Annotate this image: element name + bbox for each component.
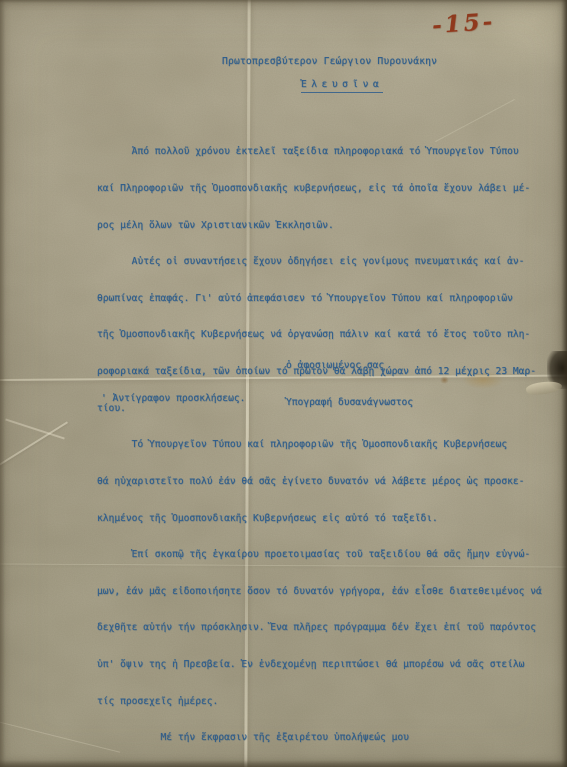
body-line: Ἐπί σκοπῷ τῆς ἐγκαίρου προετοιμασίας τοῦ… <box>97 549 543 561</box>
body-line: θρωπίνας ἐπαφάς. Γι' αὐτό ἀπεφάσισεν τό … <box>97 293 543 305</box>
scan-edge-top <box>0 0 567 3</box>
footer-note: ' Ἀντίγραφον προσκλήσεως. <box>101 393 245 405</box>
body-line: τίς προσεχεῖς ἡμέρες. <box>97 696 543 708</box>
body-line: Ἀπό πολλοῦ χρόνου ἐκτελεῖ ταξείδια πληρο… <box>97 146 543 158</box>
corner-crease <box>0 421 68 468</box>
scanned-letter-page: -15- Πρωτοπρεσβύτερον Γεώργιον Πυρουνάκη… <box>0 0 567 767</box>
body-line: μων, ἐάν μᾶς εἰδοποιήσητε ὅσον τό δυνατό… <box>97 586 543 598</box>
letter-recipient: Πρωτοπρεσβύτερον Γεώργιον Πυρουνάκην <box>222 56 437 68</box>
body-line: Τό Ὑπουργεῖον Τύπου καί πληροφοριῶν τῆς … <box>97 439 543 451</box>
edge-tear-notch <box>547 351 567 389</box>
scan-edge-left <box>0 0 5 767</box>
handwritten-page-number: -15- <box>431 8 496 39</box>
signature-closing: ὁ ἀφοσιωμένος σας <box>286 360 413 372</box>
signature-block: ὁ ἀφοσιωμένος σας Ὑπογραφή δυσανάγνωστος <box>286 336 413 434</box>
body-line: Αὐτές οἱ συναντήσεις ἔχουν ὁδηγήσει εἰς … <box>97 256 543 268</box>
letter-place: Ἐλευσῖνα <box>301 79 383 93</box>
letter-body: Ἀπό πολλοῦ χρόνου ἐκτελεῖ ταξείδια πληρο… <box>97 122 543 767</box>
body-line: κλημένος τῆς Ὁμοσπονδιακῆς Κυβερνήσεως ε… <box>97 513 543 525</box>
body-line: ρος μέλη ὅλων τῶν Χριστιανικῶν Ἐκκλησιῶν… <box>97 220 543 232</box>
signature-note: Ὑπογραφή δυσανάγνωστος <box>286 397 413 409</box>
body-line: Μέ τήν ἔκφρασιν τῆς ἐξαιρέτου ὑπολήψεώς … <box>97 732 543 744</box>
body-line: θά ηὐχαριστεῖτο πολύ ἐάν θά σᾶς ἐγίνετο … <box>97 476 543 488</box>
body-line: δεχθῆτε αὐτήν τήν πρόσκλησιν. Ἕνα πλῆρες… <box>97 622 543 634</box>
corner-crease <box>5 418 65 439</box>
scan-edge-right <box>561 0 567 767</box>
body-line: καί Πληροφοριῶν τῆς Ὁμοσπονδιακῆς κυβερν… <box>97 183 543 195</box>
body-line: ὑπ' ὄψιν της ἡ Πρεσβεία. Ἐν ἐνδεχομένῃ π… <box>97 659 543 671</box>
